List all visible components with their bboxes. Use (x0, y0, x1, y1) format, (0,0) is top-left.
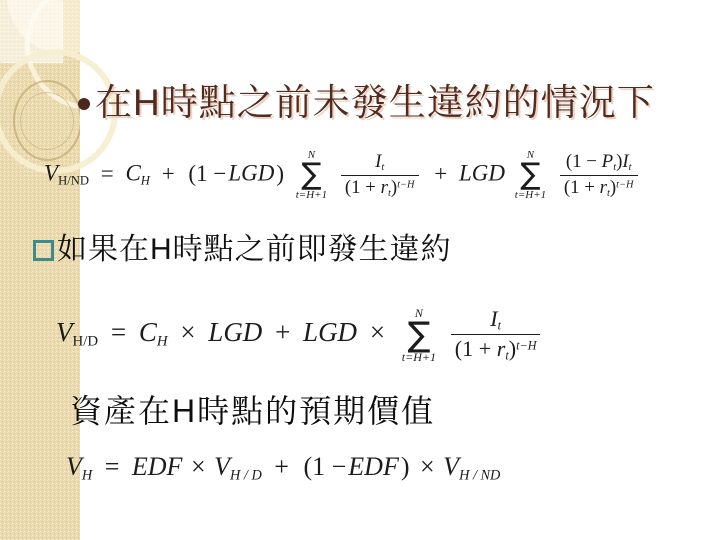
square-bullet-icon (33, 240, 54, 261)
numerator: It (486, 305, 505, 334)
sub-t: t (629, 162, 632, 173)
sum-lower-limit: t=H+1 (515, 190, 546, 201)
dot-bullet-icon (78, 98, 90, 110)
paren-open: (1 − (303, 452, 346, 481)
paren-close: ) (276, 161, 284, 186)
var-edf: EDF (132, 452, 183, 481)
var-p: P (602, 151, 614, 172)
plus-sign: + (274, 452, 289, 481)
fraction: It (1 + rt)t−H (341, 150, 419, 200)
times-sign: × (180, 317, 195, 347)
var-lgd: LGD (228, 161, 274, 186)
sigma-icon: ∑ (301, 161, 321, 190)
exponent-t-h: t−H (616, 179, 633, 190)
var-r: r (600, 177, 607, 198)
equals-sign: = (111, 317, 126, 347)
sub-hnd: H/ND (58, 173, 89, 187)
slide-title-row: 在H時點之前未發生違約的情況下 (78, 72, 655, 126)
times-sign: × (370, 317, 385, 347)
paren-open: (1 − (188, 161, 226, 186)
bullet-line: 如果在H時點之前即發生違約 (33, 224, 452, 268)
sub-h: H (141, 173, 150, 187)
numerator: (1 − Pt)It (562, 150, 636, 175)
den-open: (1 + (564, 177, 600, 198)
sub-hd: H/D (73, 334, 99, 350)
den-open: (1 + (345, 177, 381, 198)
denominator: (1 + rt)t−H (341, 175, 419, 201)
plus-sign: + (275, 317, 290, 347)
slide-title: 在H時點之前未發生違約的情況下 (95, 72, 655, 126)
var-lgd: LGD (303, 317, 357, 347)
equals-sign: = (105, 452, 120, 481)
equals-sign: = (101, 161, 114, 186)
numerator: It (371, 150, 388, 175)
summation: N ∑ t=H+1 (515, 150, 546, 201)
plus-sign: + (162, 161, 175, 186)
den-open: (1 + (455, 336, 497, 361)
denominator: (1 + rt)t−H (451, 334, 541, 364)
fraction: It (1 + rt)t−H (451, 305, 541, 365)
sub-h: H (82, 467, 92, 483)
var-c: C (139, 317, 157, 347)
bullet-text: 如果在H時點之前即發生違約 (57, 224, 452, 268)
sigma-icon: ∑ (520, 161, 540, 190)
formula-value-no-default: VH/ND = CH + (1 −LGD) N ∑ t=H+1 It (1 + … (44, 150, 642, 201)
summation: N ∑ t=H+1 (296, 150, 327, 201)
formula-value-default: VH/D = CH × LGD + LGD × N ∑ t=H+1 It (1 … (56, 305, 544, 365)
var-v: V (66, 452, 82, 481)
fraction: (1 − Pt)It (1 + rt)t−H (560, 150, 638, 200)
sub-h: H (157, 334, 168, 350)
var-lgd: LGD (208, 317, 262, 347)
sub-t: t (381, 162, 384, 173)
var-v: V (44, 161, 58, 186)
sub-h-d: H / D (230, 467, 262, 483)
times-sign: × (191, 452, 206, 481)
sigma-icon: ∑ (407, 319, 430, 351)
denominator: (1 + rt)t−H (560, 175, 638, 201)
paren-close: ) (401, 452, 410, 481)
num-open: (1 − (566, 151, 602, 172)
sum-lower-limit: t=H+1 (402, 351, 436, 363)
times-sign: × (420, 452, 435, 481)
var-v: V (56, 317, 73, 347)
presentation-slide: 在H時點之前未發生違約的情況下 VH/ND = CH + (1 −LGD) N … (0, 0, 720, 540)
sub-h-nd: H / ND (459, 467, 500, 483)
var-v: V (443, 452, 459, 481)
exponent-t-h: t−H (516, 339, 536, 353)
summation: N ∑ t=H+1 (402, 307, 436, 363)
sub-t: t (498, 319, 501, 333)
expected-value-label: 資產在H時點的預期價值 (70, 386, 435, 432)
var-i: I (490, 306, 497, 331)
sum-lower-limit: t=H+1 (296, 190, 327, 201)
exponent-t-h: t−H (397, 179, 414, 190)
var-c: C (125, 161, 140, 186)
var-edf: EDF (348, 452, 399, 481)
var-r: r (381, 177, 388, 198)
var-lgd: LGD (459, 161, 505, 186)
formula-expected-value: VH = EDF × VH / D + (1 −EDF) × VH / ND (66, 452, 500, 484)
plus-sign: + (434, 161, 447, 186)
var-v: V (214, 452, 230, 481)
